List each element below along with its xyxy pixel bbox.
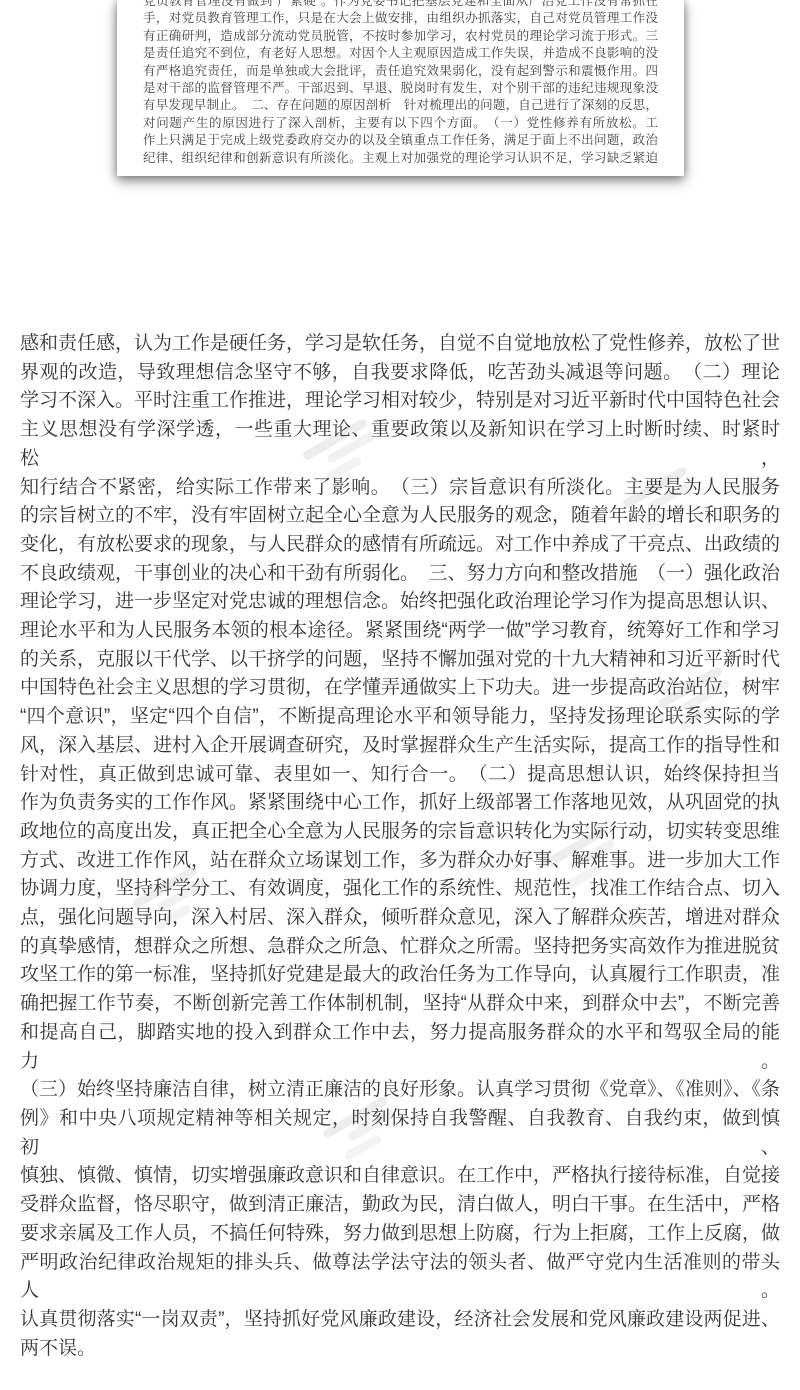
body-text-line: 例》和中央八项规定精神等相关规定，时刻保持自我警醒、自我教育、自我约束，做到慎初… <box>20 1105 780 1162</box>
body-text-line: 中国特色社会主义思想的学习贯彻，在学懂弄通做实上下功夫。进一步提高政治站位，树牢 <box>20 674 780 703</box>
body-text-line: 方式、改进工作作风，站在群众立场谋划工作，多为群众办好事、解难事。进一步加大工作 <box>20 847 780 876</box>
preview-text-line: 手，对党员教育管理工作，只是在大会上做安排，由组织办抓落实，自己对党员管理工作没 <box>143 10 658 27</box>
body-text-line: 攻坚工作的第一标准，坚持抓好党建是最大的政治任务为工作导向，认真履行工作职责，准 <box>20 961 780 990</box>
body-text-line: （三）始终坚持廉洁自律，树立清正廉洁的良好形象。认真学习贯彻《党章》、《准则》、… <box>20 1076 780 1105</box>
preview-text-line: 有早发现早制止。 二、存在问题的原因剖析 针对梳理出的问题，自己进行了深刻的反思… <box>143 97 658 114</box>
body-text-line: 的宗旨树立的不牢，没有牢固树立起全心全意为人民服务的观念，随着年龄的增长和职务的 <box>20 502 780 531</box>
preview-text-line: 有严格追究责任，而是单独或大会批评，责任追究效果弱化，没有起到警示和震慑作用。四 <box>143 63 658 80</box>
body-text-line: 学习不深入。平时注重工作推进，理论学习相对较少，特别是对习近平新时代中国特色社会 <box>20 387 780 416</box>
preview-text-line: 有正确研判，造成部分流动党员脱管，不按时参加学习，农村党员的理论学习流于形式。三 <box>143 28 658 45</box>
body-text-line: 确把握工作节奏，不断创新完善工作体制机制，坚持“从群众中来，到群众中去”，不断完… <box>20 990 780 1019</box>
body-text-line: 认真贯彻落实“一岗双责”，坚持抓好党风廉政建设，经济社会发展和党风廉政建设两促进… <box>20 1306 780 1335</box>
body-text-line: 要求亲属及工作人员，不搞任何特殊，努力做到思想上防腐，行为上拒腐，工作上反腐，做 <box>20 1220 780 1249</box>
body-text-line: 知行结合不紧密，给实际工作带来了影响。 （三）宗旨意识有所淡化。主要是为人民服务 <box>20 474 780 503</box>
preview-text-line: 纪律、组织纪律和创新意识有所淡化。主观上对加强党的理论学习认识不足，学习缺乏紧迫 <box>143 150 658 167</box>
body-text-line: 两不误。 <box>20 1335 780 1364</box>
preview-text-line: 对问题产生的原因进行了深入剖析，主要有以下四个方面。 （一）党性修养有所放松。工 <box>143 115 658 132</box>
body-text-line: 变化，有放松要求的现象，与人民群众的感情有所疏远。对工作中养成了干亮点、出政绩的 <box>20 531 780 560</box>
body-text-line: 政地位的高度出发，真正把全心全意为人民服务的宗旨意识转化为实际行动，切实转变思维 <box>20 818 780 847</box>
body-text-line: 严明政治纪律政治规矩的排头兵、做尊法学法守法的领头者、做严守党内生活准则的带头人… <box>20 1249 780 1306</box>
body-text-line: 点，强化问题导向，深入村居、深入群众，倾听群众意见，深入了解群众疾苦，增进对群众 <box>20 904 780 933</box>
document-page-preview-text: 党员教育管理没有做到“严紧硬”。作为党委书记把基层党建和全面从严治党工作没有常抓… <box>143 0 658 167</box>
body-text-line: 界观的改造，导致理想信念坚守不够，自我要求降低，吃苦劲头减退等问题。 （二）理论 <box>20 359 780 388</box>
body-text-line: 的关系，克服以干代学、以干挤学的问题，坚持不懈加强对党的十九大精神和习近平新时代 <box>20 646 780 675</box>
preview-text-line: 党员教育管理没有做到“严紧硬”。作为党委书记把基层党建和全面从严治党工作没有常抓… <box>143 0 658 10</box>
body-text-line: “四个意识”，坚定“四个自信”，不断提高理论水平和领导能力，坚持发扬理论联系实际… <box>20 703 780 732</box>
body-text-line: 针对性，真正做到忠诚可靠、表里如一、知行合一。 （二）提高思想认识，始终保持担当 <box>20 761 780 790</box>
body-text-line: 感和责任感，认为工作是硬任务，学习是软任务，自觉不自觉地放松了党性修养，放松了世 <box>20 330 780 359</box>
preview-text-line: 是责任追究不到位，有老好人思想。对因个人主观原因造成工作失误，并造成不良影响的没 <box>143 45 658 62</box>
body-text-line: 风，深入基层、进村入企开展调查研究，及时掌握群众生产生活实际，提高工作的指导性和 <box>20 732 780 761</box>
body-text-line: 慎独、慎微、慎情，切实增强廉政意识和自律意识。在工作中，严格执行接待标准，自觉接 <box>20 1162 780 1191</box>
body-text-line: 受群众监督，恪尽职守，做到清正廉洁，勤政为民，清白做人，明白干事。在生活中，严格 <box>20 1191 780 1220</box>
document-page-preview: 党员教育管理没有做到“严紧硬”。作为党委书记把基层党建和全面从严治党工作没有常抓… <box>117 0 684 176</box>
body-text-line: 理论水平和为人民服务本领的根本途径。紧紧围绕“两学一做”学习教育，统筹好工作和学… <box>20 617 780 646</box>
body-text-line: 理论学习，进一步坚定对党忠诚的理想信念。始终把强化政治理论学习作为提高思想认识、 <box>20 588 780 617</box>
body-text-line: 主义思想没有学深学透，一些重大理论、重要政策以及新知识在学习上时断时续、时紧时松… <box>20 416 780 473</box>
body-text-line: 不良政绩观，干事创业的决心和干劲有所弱化。 三、努力方向和整改措施 （一）强化政… <box>20 560 780 589</box>
document-body-text: 感和责任感，认为工作是硬任务，学习是软任务，自觉不自觉地放松了党性修养，放松了世… <box>20 330 780 1363</box>
preview-text-line: 作上只满足于完成上级党委政府交办的以及全镇重点工作任务，满足于面上不出问题，政治 <box>143 132 658 149</box>
body-text-line: 作为负责务实的工作作风。紧紧围绕中心工作，抓好上级部署工作落地见效，从巩固党的执 <box>20 789 780 818</box>
body-text-line: 和提高自己，脚踏实地的投入到群众工作中去，努力提高服务群众的水平和驾驭全局的能力… <box>20 1019 780 1076</box>
document-viewer-page: 党员教育管理没有做到“严紧硬”。作为党委书记把基层党建和全面从严治党工作没有常抓… <box>0 0 800 1390</box>
body-text-line: 协调力度，坚持科学分工、有效调度，强化工作的系统性、规范性，找准工作结合点、切入 <box>20 875 780 904</box>
body-text-line: 的真挚感情，想群众之所想、急群众之所急、忙群众之所需。坚持把务实高效作为推进脱贫 <box>20 933 780 962</box>
preview-text-line: 是对干部的监督管理不严。干部迟到、早退、脱岗时有发生，对个别干部的违纪违规现象没 <box>143 80 658 97</box>
